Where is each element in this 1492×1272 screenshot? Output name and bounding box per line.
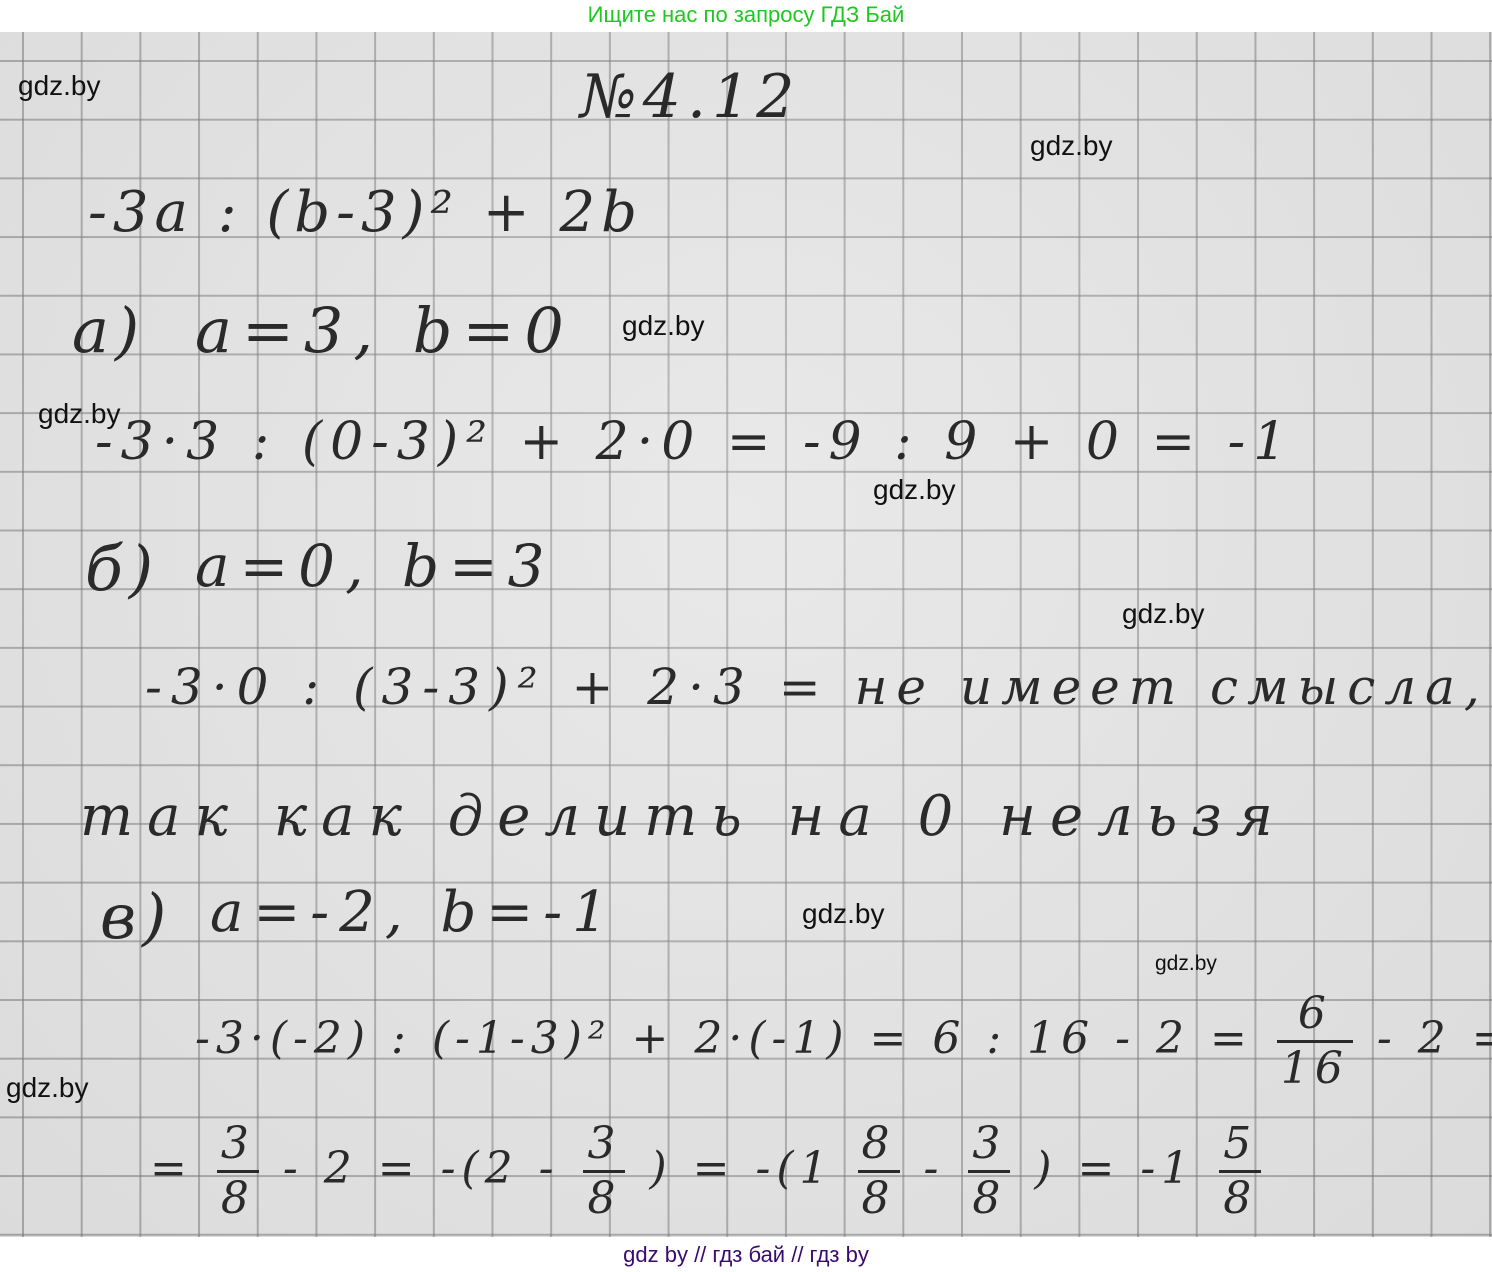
part-b-label: б) (85, 532, 159, 605)
watermark: gdz.by (1030, 130, 1113, 162)
denominator: 8 (217, 1173, 259, 1221)
calc-text: ) = -(1 (649, 1143, 833, 1194)
graph-paper-page: gdz.by gdz.by gdz.by gdz.by gdz.by gdz.b… (0, 32, 1492, 1237)
part-b-given: a=0, b=3 (195, 532, 555, 600)
watermark: gdz.by (18, 70, 101, 102)
part-b-note: так как делить на 0 нельзя (80, 784, 1287, 849)
fraction: 3 8 (583, 1122, 625, 1221)
part-c-given: a=-2, b=-1 (210, 880, 618, 945)
watermark: gdz.by (873, 474, 956, 506)
calc-text: - (924, 1143, 945, 1194)
watermark: gdz.by (802, 898, 885, 930)
fraction: 3 8 (968, 1122, 1010, 1221)
fraction: 6 16 (1277, 992, 1353, 1091)
part-b-calculation: -3·0 : (3-3)² + 2·3 = не имеет смысла, (145, 658, 1489, 716)
numerator: 5 (1219, 1122, 1261, 1173)
denominator: 16 (1277, 1043, 1353, 1091)
part-a-calculation: -3·3 : (0-3)² + 2·0 = -9 : 9 + 0 = -1 (95, 412, 1294, 472)
calc-text: - 2 = -(2 - (283, 1143, 560, 1194)
part-a-label: а) (72, 294, 145, 367)
numerator: 6 (1277, 992, 1353, 1043)
part-a-given: a=3, b=0 (195, 294, 574, 367)
denominator: 8 (858, 1173, 900, 1221)
numerator: 3 (583, 1122, 625, 1173)
part-c-calculation-line2: = 3 8 - 2 = -(2 - 3 8 ) = -(1 8 8 - 3 8 … (150, 1122, 1265, 1221)
fraction: 3 8 (217, 1122, 259, 1221)
fraction: 8 8 (858, 1122, 900, 1221)
numerator: 3 (968, 1122, 1010, 1173)
top-banner: Ищите нас по запросу ГДЗ Бай (0, 0, 1492, 32)
expression: -3a : (b-3)² + 2b (88, 180, 643, 245)
part-c-label: в) (100, 880, 172, 953)
watermark: gdz.by (6, 1072, 89, 1104)
denominator: 8 (583, 1173, 625, 1221)
problem-number: №4.12 (580, 62, 800, 132)
fraction: 5 8 (1219, 1122, 1261, 1221)
numerator: 3 (217, 1122, 259, 1173)
calc-text: -3·(-2) : (-1-3)² + 2·(-1) = 6 : 16 - 2 … (195, 1013, 1253, 1064)
denominator: 8 (1219, 1173, 1261, 1221)
calc-text: - 2 = (1377, 1013, 1492, 1064)
calc-text: ) = -1 (1034, 1143, 1195, 1194)
watermark: gdz.by (1122, 598, 1205, 630)
denominator: 8 (968, 1173, 1010, 1221)
part-c-calculation-line1: -3·(-2) : (-1-3)² + 2·(-1) = 6 : 16 - 2 … (195, 992, 1492, 1091)
watermark: gdz.by (38, 398, 121, 430)
calc-text: = (150, 1143, 193, 1194)
numerator: 8 (858, 1122, 900, 1173)
watermark: gdz.by (622, 310, 705, 342)
bottom-banner: gdz by // гдз бай // гдз by (0, 1237, 1492, 1272)
watermark: gdz.by (1155, 952, 1217, 976)
